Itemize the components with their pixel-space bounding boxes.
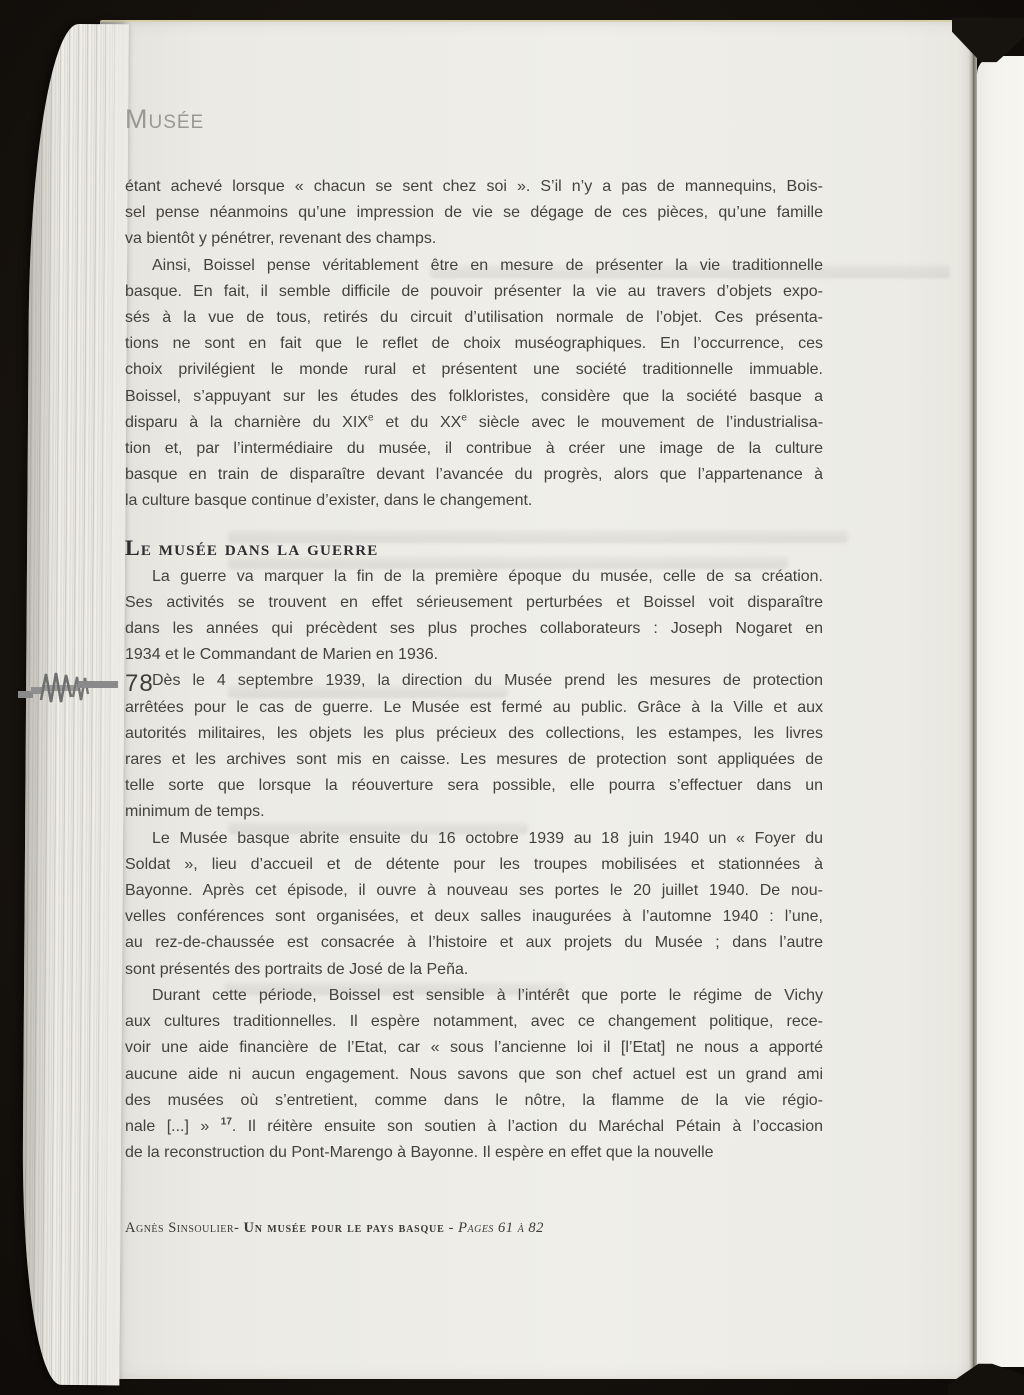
text-line: va bientôt y pénétrer, revenant des cham… [125, 226, 823, 252]
text-line: sont présentés des portraits de José de … [125, 957, 823, 983]
page-number: 78 [125, 670, 154, 698]
text-line: de la reconstruction du Pont-Marengo à B… [125, 1140, 823, 1166]
page-edge-stack [21, 24, 128, 1386]
text-line: 1934 et le Commandant de Marien en 1936. [125, 642, 823, 668]
paragraph: étant achevé lorsque « chacun se sent ch… [125, 174, 823, 253]
text-line: telle sorte que lorsque la réouverture s… [125, 773, 823, 799]
footer-signature: Agnès Sinsoulier- Un musée pour le pays … [125, 1220, 544, 1237]
paragraph: La guerre va marquer la fin de la premiè… [125, 564, 823, 669]
text-line: tion et, par l’intermédiaire du musée, i… [125, 436, 823, 462]
text-line: basque. En fait, il semble difficile de … [125, 279, 823, 305]
text-line: Durant cette période, Boissel est sensib… [125, 983, 823, 1009]
text-line: dans les années qui précèdent ses plus p… [125, 616, 823, 642]
text-line: au rez-de-chaussée est consacrée à l’his… [125, 930, 823, 956]
facing-page-sliver [977, 56, 1024, 1367]
text-line: Ses activités se trouvent en effet série… [125, 590, 823, 616]
text-line: arrêtées pour le cas de guerre. Le Musée… [125, 695, 823, 721]
text-line: rares et les archives sont mis en caisse… [125, 747, 823, 773]
text-line: autorités militaires, les objets les plu… [125, 721, 823, 747]
section-heading: Le musée dans la guerre [125, 534, 823, 561]
text-line: la culture basque continue d’exister, da… [125, 488, 823, 514]
text-line: Soldat », lieu d’accueil et de détente p… [125, 852, 823, 878]
binding-mark-icon [18, 664, 118, 704]
book-gutter [969, 24, 977, 1369]
text-line: voir une aide financière de l’Etat, car … [125, 1035, 823, 1061]
text-line: choix privilégient le monde rural et pré… [125, 357, 823, 383]
text-line: étant achevé lorsque « chacun se sent ch… [125, 174, 823, 200]
page-content: Musée étant achevé lorsque « chacun se s… [125, 104, 823, 1166]
text-line: sés à la vue de tous, retirés du circuit… [125, 305, 823, 331]
page-body: étant achevé lorsque « chacun se sent ch… [125, 174, 823, 1166]
text-line: sel pense néanmoins qu’une impression de… [125, 200, 823, 226]
text-line: Bayonne. Après cet épisode, il ouvre à n… [125, 878, 823, 904]
running-head: Musée [125, 104, 823, 134]
text-line: tions ne sont en fait que le reflet de c… [125, 331, 823, 357]
paragraph: Dès le 4 septembre 1939, la direction du… [125, 668, 823, 825]
paragraph: Le Musée basque abrite ensuite du 16 oct… [125, 826, 823, 983]
margin-page-marker: 78 [18, 664, 154, 704]
text-line: basque en train de disparaître devant l’… [125, 462, 823, 488]
paragraph: Durant cette période, Boissel est sensib… [125, 983, 823, 1166]
footer-author: Agnès Sinsoulier- [125, 1220, 239, 1236]
text-line: nale [...] » 17. Il réitère ensuite son … [125, 1114, 823, 1140]
footer-separator: - [449, 1220, 454, 1236]
footer-article-title: Un musée pour le pays basque [244, 1220, 445, 1236]
text-line: Ainsi, Boissel pense véritablement être … [125, 253, 823, 279]
text-line: aux cultures traditionnelles. Il espère … [125, 1009, 823, 1035]
text-line: Dès le 4 septembre 1939, la direction du… [125, 668, 823, 694]
text-line: aucune aide ni aucun engagement. Nous sa… [125, 1062, 823, 1088]
text-line: disparu à la charnière du XIXe et du XXe… [125, 410, 823, 436]
text-line: minimum de temps. [125, 799, 823, 825]
footer-page-range: Pages 61 à 82 [458, 1220, 544, 1236]
text-line: velles conférences sont organisées, et d… [125, 904, 823, 930]
paragraph: Ainsi, Boissel pense véritablement être … [125, 253, 823, 515]
book-scan: Musée étant achevé lorsque « chacun se s… [0, 0, 1024, 1395]
text-line: Boissel, s’appuyant sur les études des f… [125, 384, 823, 410]
text-line: des musées où s’entretient, comme dans l… [125, 1088, 823, 1114]
text-line: La guerre va marquer la fin de la premiè… [125, 564, 823, 590]
text-line: Le Musée basque abrite ensuite du 16 oct… [125, 826, 823, 852]
